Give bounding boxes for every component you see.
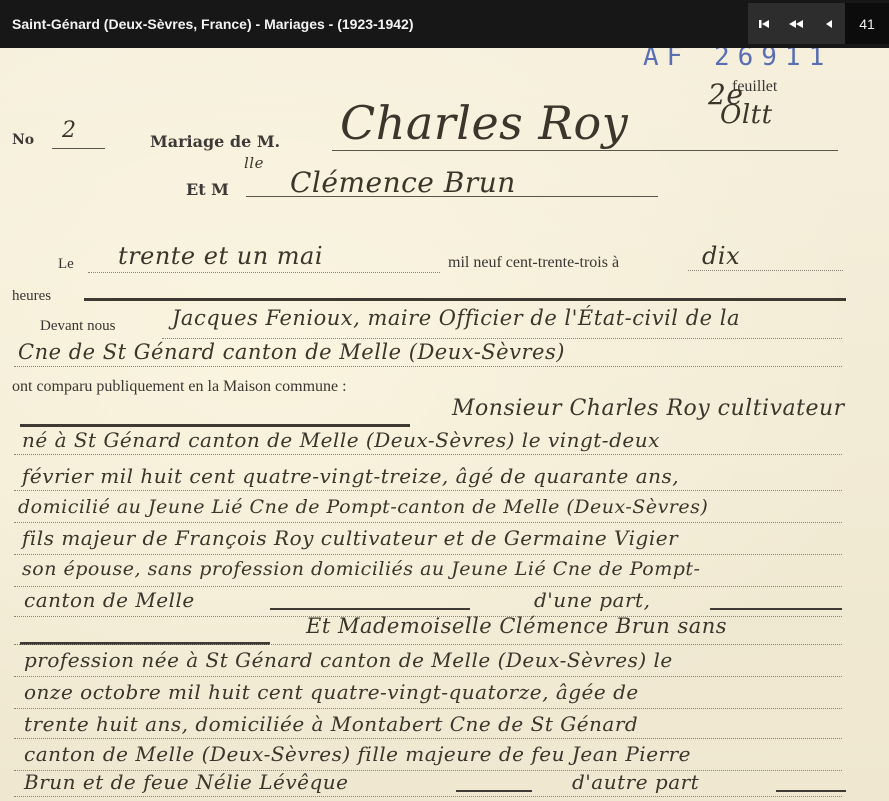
body-dotline	[14, 554, 842, 555]
body-line: né à St Génard canton de Melle (Deux-Sèv…	[22, 428, 660, 452]
year-printed: mil neuf cent-trente-trois à	[448, 254, 619, 272]
body-line: canton de Melle (Deux-Sèvres) fille maje…	[24, 742, 691, 766]
body-line: d'une part,	[534, 588, 650, 612]
body-line: onze octobre mil huit cent quatre-vingt-…	[24, 680, 639, 704]
hour-handwritten: dix	[702, 242, 740, 270]
body-strikeline-5	[456, 790, 532, 792]
officer-line-1: Jacques Fenioux, maire Officier de l'Éta…	[172, 306, 740, 330]
feuillet-label: feuillet	[732, 78, 777, 96]
devant-label: Devant nous	[40, 318, 115, 335]
first-page-button[interactable]	[750, 10, 778, 38]
previous-icon	[824, 18, 834, 30]
body-line: Monsieur Charles Roy cultivateur	[452, 396, 845, 421]
heures-strikeline	[84, 298, 846, 301]
mariage-label: Mariage de M.	[150, 132, 280, 151]
body-line: Et Mademoiselle Clémence Brun sans	[306, 614, 727, 638]
body-dotline	[14, 796, 842, 797]
officer-line-2: Cne de St Génard canton de Melle (Deux-S…	[18, 340, 565, 364]
body-line: Brun et de feue Nélie Lévêque	[24, 770, 349, 794]
bride-name: Clémence Brun	[290, 166, 516, 199]
bride-underline	[246, 196, 658, 197]
body-dotline	[14, 708, 842, 709]
fast-backward-icon	[788, 18, 804, 30]
fast-backward-button[interactable]	[782, 10, 810, 38]
body-strikeline-1	[20, 424, 410, 427]
date-dotline	[88, 272, 440, 273]
officer-dotline-2	[14, 366, 842, 367]
comparu-label: ont comparu publiquement en la Maison co…	[12, 378, 347, 396]
number-label: No	[12, 132, 34, 148]
body-line: d'autre part	[572, 770, 699, 794]
body-dotline	[14, 454, 842, 455]
et-label: Et M	[186, 180, 229, 199]
viewer-header: Saint-Génard (Deux-Sèvres, France) - Mar…	[0, 0, 889, 48]
body-line: trente huit ans, domiciliée à Montabert …	[24, 712, 638, 736]
page-number[interactable]: 41	[845, 3, 889, 44]
body-strikeline-3	[710, 608, 842, 610]
body-dotline	[14, 676, 842, 677]
record-number: 2	[62, 118, 77, 143]
groom-name: Charles Roy	[340, 96, 628, 150]
body-dotline	[14, 644, 842, 645]
body-dotline	[14, 586, 842, 587]
groom-underline	[332, 150, 838, 151]
mlle-suffix: lle	[244, 154, 264, 172]
page-navigation	[748, 3, 845, 44]
body-line: fils majeur de François Roy cultivateur …	[22, 526, 678, 550]
date-handwritten: trente et un mai	[118, 242, 323, 270]
officer-dotline-1	[162, 338, 842, 339]
body-dotline	[14, 490, 842, 491]
heures-label: heures	[12, 288, 51, 305]
body-dotline	[14, 738, 842, 739]
body-strikeline-2	[270, 608, 470, 610]
hour-dotline	[688, 270, 843, 271]
body-line: canton de Melle	[24, 588, 195, 612]
clerk-initials: Oltt	[720, 100, 773, 130]
previous-page-button[interactable]	[815, 10, 843, 38]
body-dotline	[14, 522, 842, 523]
le-label: Le	[58, 256, 74, 273]
number-underline	[52, 148, 105, 149]
body-line: son épouse, sans profession domiciliés a…	[22, 558, 700, 580]
archive-stamp: AF 26911	[643, 48, 832, 72]
skip-to-first-icon	[758, 18, 770, 30]
body-strikeline-6	[776, 790, 846, 792]
document-scan: AF 26911 2e feuillet Oltt No 2 Mariage d…	[0, 48, 889, 801]
body-line: domicilié au Jeune Lié Cne de Pompt-cant…	[18, 496, 708, 518]
body-line: profession née à St Génard canton de Mel…	[24, 648, 673, 672]
body-line: février mil huit cent quatre-vingt-treiz…	[22, 464, 679, 488]
